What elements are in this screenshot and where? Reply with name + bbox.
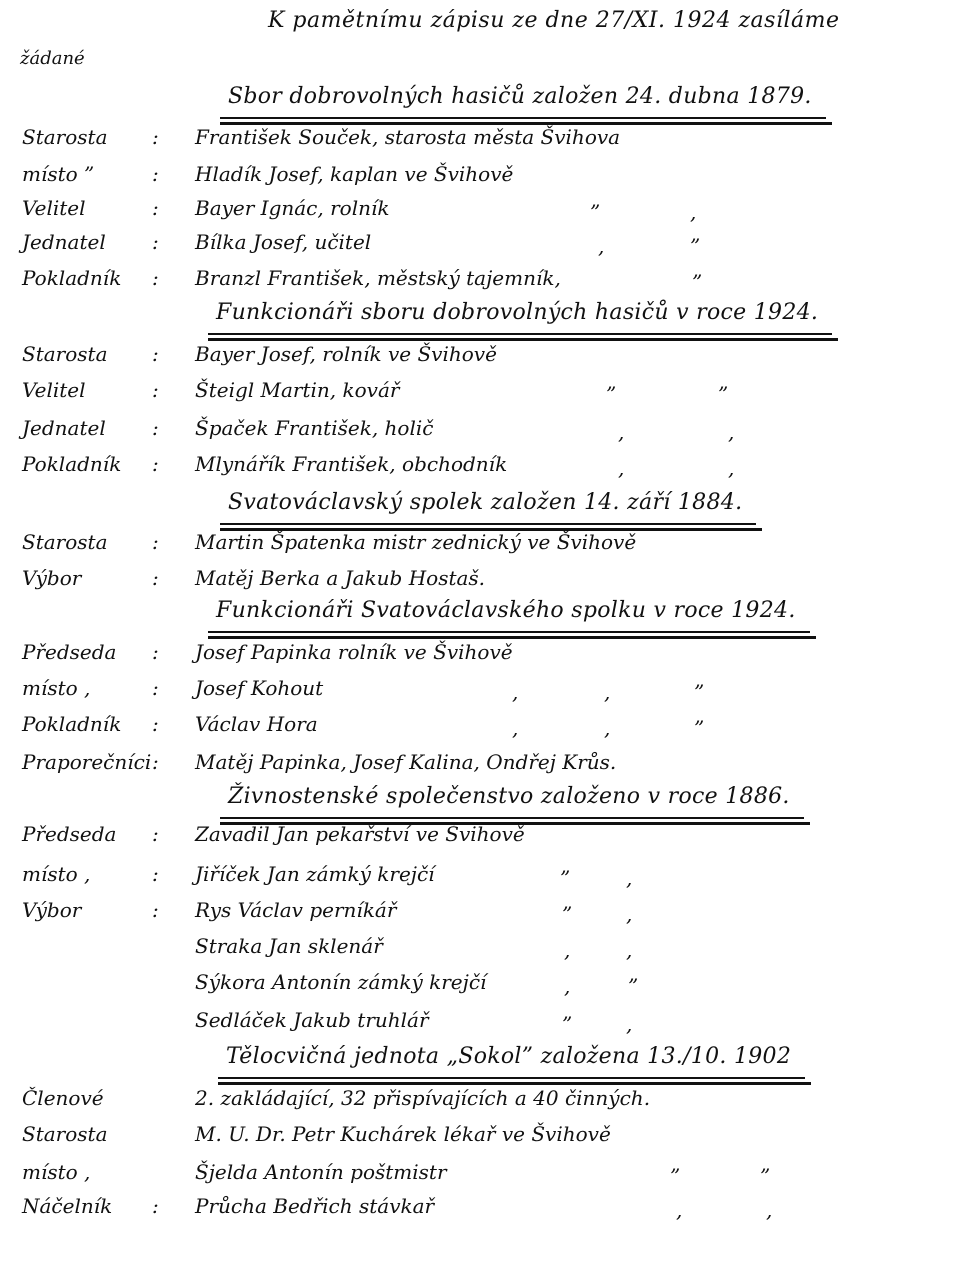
list-item: Starosta : František Souček, starosta mě… (0, 125, 962, 159)
ditto-mark: , (626, 938, 632, 962)
list-item: Sedláček Jakub truhlář ” , (0, 1008, 962, 1042)
section-heading-sokol-1902: Tělocvičná jednota „Sokol” založena 13./… (226, 1044, 791, 1069)
list-item: Velitel : Bayer Ignác, rolník ” , (0, 196, 962, 230)
ditto-mark: ” (562, 902, 572, 926)
list-item: Pokladník : Václav Hora , , ” (0, 712, 962, 746)
ditto-mark: ” (718, 382, 728, 406)
ditto-mark: ” (760, 1164, 770, 1188)
underline (208, 333, 832, 335)
ditto-mark: , (618, 456, 624, 480)
ditto-mark: , (618, 420, 624, 444)
ditto-mark: , (626, 866, 632, 890)
list-item: Starosta : Martin Špatenka mistr zednick… (0, 530, 962, 564)
list-item: Členové 2. zakládající, 32 přispívajícíc… (0, 1086, 962, 1120)
list-item: místo ” : Hladík Josef, kaplan ve Švihov… (0, 162, 962, 196)
ditto-mark: , (676, 1198, 682, 1222)
ditto-mark: , (564, 974, 570, 998)
underline-double (208, 338, 838, 341)
ditto-mark: ” (560, 866, 570, 890)
list-item: místo , Šjelda Antonín poštmistr ” ” (0, 1160, 962, 1194)
section-heading-st-wenceslas-1884: Svatováclavský spolek založen 14. září 1… (228, 490, 742, 515)
list-item: Starosta : Bayer Josef, rolník ve Švihov… (0, 342, 962, 376)
ditto-mark: ” (628, 974, 638, 998)
list-item: Výbor : Rys Václav perníkář ” , (0, 898, 962, 932)
list-item: Výbor : Matěj Berka a Jakub Hostaš. (0, 566, 962, 600)
underline (220, 817, 804, 819)
list-item: Pokladník : Mlynářík František, obchodní… (0, 452, 962, 486)
list-item: Velitel : Šteigl Martin, kovář ” ” (0, 378, 962, 412)
ditto-mark: ” (590, 200, 600, 224)
ditto-mark: , (604, 680, 610, 704)
ditto-mark: , (598, 234, 604, 258)
ditto-mark: , (512, 716, 518, 740)
list-item: Pokladník : Branzl František, městský ta… (0, 266, 962, 300)
intro-line-1: K pamětnímu zápisu ze dne 27/XI. 1924 za… (268, 8, 840, 33)
underline (220, 117, 826, 119)
list-item: Starosta M. U. Dr. Petr Kuchárek lékař v… (0, 1122, 962, 1156)
ditto-mark: , (728, 456, 734, 480)
list-item: Jednatel : Špaček František, holič , , (0, 416, 962, 450)
list-item: Sýkora Antonín zámký krejčí , ” (0, 970, 962, 1004)
section-heading-fire-brigade-1879: Sbor dobrovolných hasičů založen 24. dub… (228, 84, 812, 109)
list-item: Předseda : Josef Papinka rolník ve Šviho… (0, 640, 962, 674)
list-item: Jednatel : Bílka Josef, učitel , ” (0, 230, 962, 264)
ditto-mark: , (626, 1012, 632, 1036)
list-item: Předseda : Zavadil Jan pekařství ve Švih… (0, 822, 962, 856)
ditto-mark: , (766, 1198, 772, 1222)
list-item: Praporečníci : Matěj Papinka, Josef Kali… (0, 750, 962, 784)
ditto-mark: , (512, 680, 518, 704)
underline-double (208, 636, 816, 639)
ditto-mark: ” (692, 270, 702, 294)
ditto-mark: ” (690, 234, 700, 258)
list-item: Náčelník : Průcha Bedřich stávkař , , (0, 1194, 962, 1228)
ditto-mark: ” (562, 1012, 572, 1036)
section-heading-trade-guild-1886: Živnostenské společenstvo založeno v roc… (228, 784, 790, 809)
ditto-mark: , (690, 200, 696, 224)
ditto-mark: ” (606, 382, 616, 406)
section-heading-fire-brigade-1924: Funkcionáři sboru dobrovolných hasičů v … (216, 300, 818, 325)
intro-line-2: žádané (20, 48, 85, 69)
underline-double (218, 1082, 811, 1085)
underline (220, 523, 756, 525)
underline (218, 1077, 805, 1079)
ditto-mark: ” (694, 680, 704, 704)
list-item: Straka Jan sklenář , , (0, 934, 962, 968)
scanned-document-page: K pamětnímu zápisu ze dne 27/XI. 1924 za… (0, 0, 962, 1280)
list-item: místo , : Jiříček Jan zámký krejčí ” , (0, 862, 962, 896)
ditto-mark: , (564, 938, 570, 962)
ditto-mark: , (626, 902, 632, 926)
section-heading-st-wenceslas-1924: Funkcionáři Svatováclavského spolku v ro… (216, 598, 796, 623)
ditto-mark: , (728, 420, 734, 444)
ditto-mark: ” (694, 716, 704, 740)
list-item: místo , : Josef Kohout , , ” (0, 676, 962, 710)
ditto-mark: ” (670, 1164, 680, 1188)
ditto-mark: , (604, 716, 610, 740)
underline (208, 631, 810, 633)
